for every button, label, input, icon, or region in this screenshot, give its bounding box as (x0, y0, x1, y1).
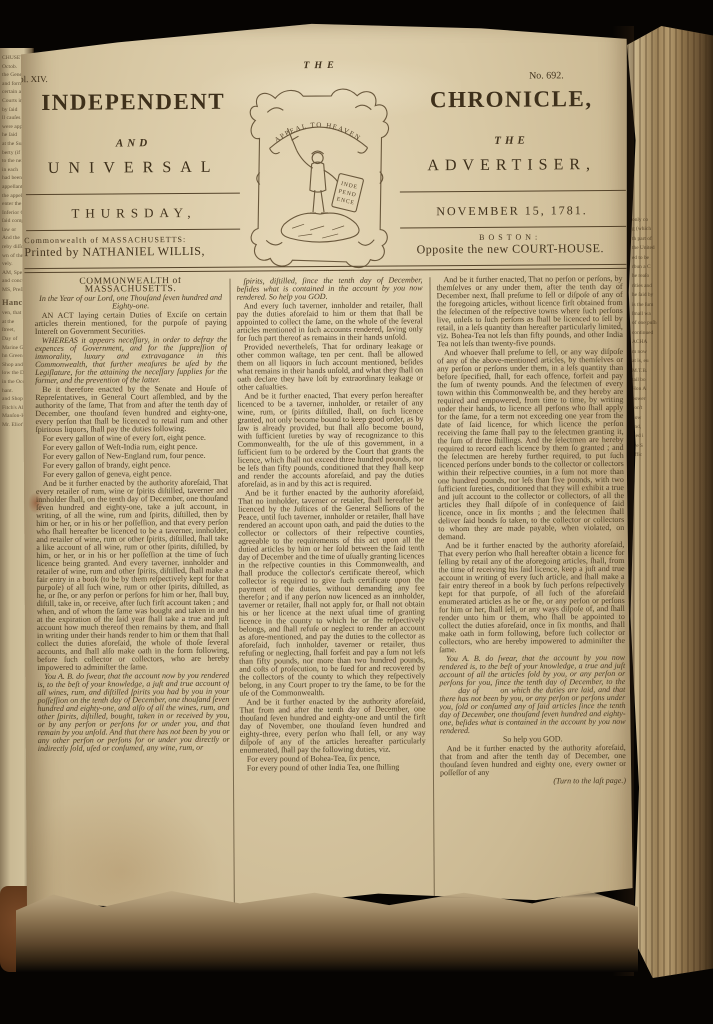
rule (400, 226, 626, 229)
text-fragment: g (which (632, 225, 686, 234)
figure-coat (310, 162, 326, 192)
masthead-the: THE (271, 60, 371, 72)
paragraph: ſpirits, diſtilled, ſince the tenth day … (236, 276, 422, 301)
day-label: THURSDAY, (26, 205, 242, 223)
paragraph: Provided nevertheleſs, That for ordinary… (237, 342, 423, 391)
text-fragment: how (632, 414, 686, 423)
paragraph: COMMONWEALTH of MASSACHUSETTS. (34, 277, 226, 294)
text-fragment: continued (632, 329, 686, 338)
imprint-printer: Printed by NATHANIEL WILLIS, (24, 244, 242, 261)
paragraph: In the Year of our Lord, one Thouſand ſe… (35, 294, 227, 311)
rule (400, 190, 626, 193)
text-fragment: is the ſum (632, 301, 686, 310)
text-fragment: he reaſo (632, 272, 686, 281)
text-fragment: M.T.B. (632, 367, 686, 376)
text-fragment: ed to be (632, 254, 686, 263)
text-fragment: rbun a C (632, 263, 686, 272)
text-fragment: ive S (632, 442, 686, 451)
text-fragment: power (632, 395, 686, 404)
imprint-right: BOSTON: Opposite the new COURT-HOUSE. (394, 232, 626, 258)
paragraph: And be it further enacted by the authori… (239, 697, 425, 754)
paragraph: And be it further enacted by the authori… (440, 744, 626, 777)
text-fragment: only co (632, 216, 686, 225)
article-columns: COMMONWEALTH of MASSACHUSETTS.In the Yea… (22, 274, 633, 946)
imprint-left: Commonwealth of MASSACHUSETTS: Printed b… (24, 235, 242, 261)
text-fragment: con't (632, 404, 686, 413)
text-fragment: and, (632, 423, 686, 432)
paragraph: And be it further enacted by the authori… (438, 541, 625, 654)
fore-edge-text-fragments: only cog (whichth part ofthe Uniteded to… (632, 216, 686, 461)
text-fragment: of one puſh (632, 319, 686, 328)
text-fragment: Hon A (632, 385, 686, 394)
text-fragment: th part of (632, 235, 686, 244)
title-the: THE (399, 134, 623, 148)
column-2: ſpirits, diſtilled, ſince the tenth day … (236, 275, 427, 940)
volume-label: ol. XIV. (19, 74, 48, 84)
title-universal: UNIVERSAL (26, 159, 242, 179)
figure-legs (310, 190, 328, 213)
rule (26, 193, 240, 196)
text-fragment: Bed i (632, 432, 686, 441)
title-independent: INDEPENDENT (25, 89, 241, 117)
issue-number: No. 692. (529, 70, 564, 81)
mound (281, 213, 359, 242)
paragraph: AN ACT laying certain Duties of Exciſe o… (35, 311, 227, 336)
text-fragment: tail bo (632, 376, 686, 385)
banner-text: APPEAL TO HEAVEN (273, 121, 362, 144)
column-3: And be it further enacted, That no perſo… (436, 274, 627, 939)
column-divider (429, 277, 435, 929)
imprint-courthouse: Opposite the new COURT-HOUSE. (394, 241, 626, 258)
text-fragment: at is, eu (632, 357, 686, 366)
newspaper-page: N J Wab ol. XIV. THE No. 692. INDEPENDEN… (21, 18, 634, 974)
text-fragment: ſmall wa (632, 310, 686, 319)
text-fragment: ACHA (632, 338, 686, 347)
date-label: NOVEMBER 15, 1781. (400, 203, 624, 220)
handwritten-inscription: N J Wab (96, 2, 236, 49)
paragraph: Be it therefore enacted by the Senate an… (35, 385, 227, 434)
rule (26, 229, 240, 232)
paragraph: And be it further enacted, That no perſo… (436, 275, 622, 348)
figure-arm-scroll (324, 170, 338, 182)
text-fragment: m now (632, 348, 686, 357)
title-chronicle: CHRONICLE, (399, 86, 623, 114)
title-advertiser: ADVERTISER, (400, 156, 624, 176)
bound-newspaper-photo: CHUSETTS,Octob.the Generaland formcertai… (0, 0, 713, 1024)
paragraph: You A. B. do ſwear, that the account by … (439, 654, 626, 735)
paragraph: WHEREAS it appears neceſſary, in order t… (35, 336, 227, 385)
book-fore-edge: only cog (whichth part ofthe Uniteded to… (627, 26, 713, 978)
paragraph: And be it further enacted, That every pe… (237, 391, 424, 488)
paragraph: You A. B. do ſwear, that the account now… (37, 672, 230, 753)
text-fragment: rities and (632, 282, 686, 291)
title-and: AND (25, 137, 241, 151)
masthead-emblem: APPEAL TO HEAVEN INDE PEND ENCE (245, 82, 394, 271)
text-fragment: the United (632, 244, 686, 253)
scroll-text: INDE PEND ENCE (336, 181, 359, 207)
figure-arm-sword (297, 150, 313, 168)
paragraph: And every ſuch taverner, innholder and r… (237, 301, 423, 342)
emblem-frame (250, 89, 389, 269)
text-fragment: offic (632, 451, 686, 460)
paragraph: And be it further enacted by the authori… (238, 488, 425, 697)
paragraph: And whoever ſhall preſume to ſell, or an… (437, 348, 624, 541)
paragraph: (Turn to the laſt page.) (440, 777, 626, 786)
mound-hatch (292, 224, 344, 238)
paragraph: And be it further enacted by the authori… (36, 479, 229, 672)
paragraph: For every pound of other India Tea, one … (240, 763, 426, 772)
text-fragment: he ſaid by (632, 291, 686, 300)
column-1: COMMONWEALTH of MASSACHUSETTS.In the Yea… (34, 277, 231, 942)
